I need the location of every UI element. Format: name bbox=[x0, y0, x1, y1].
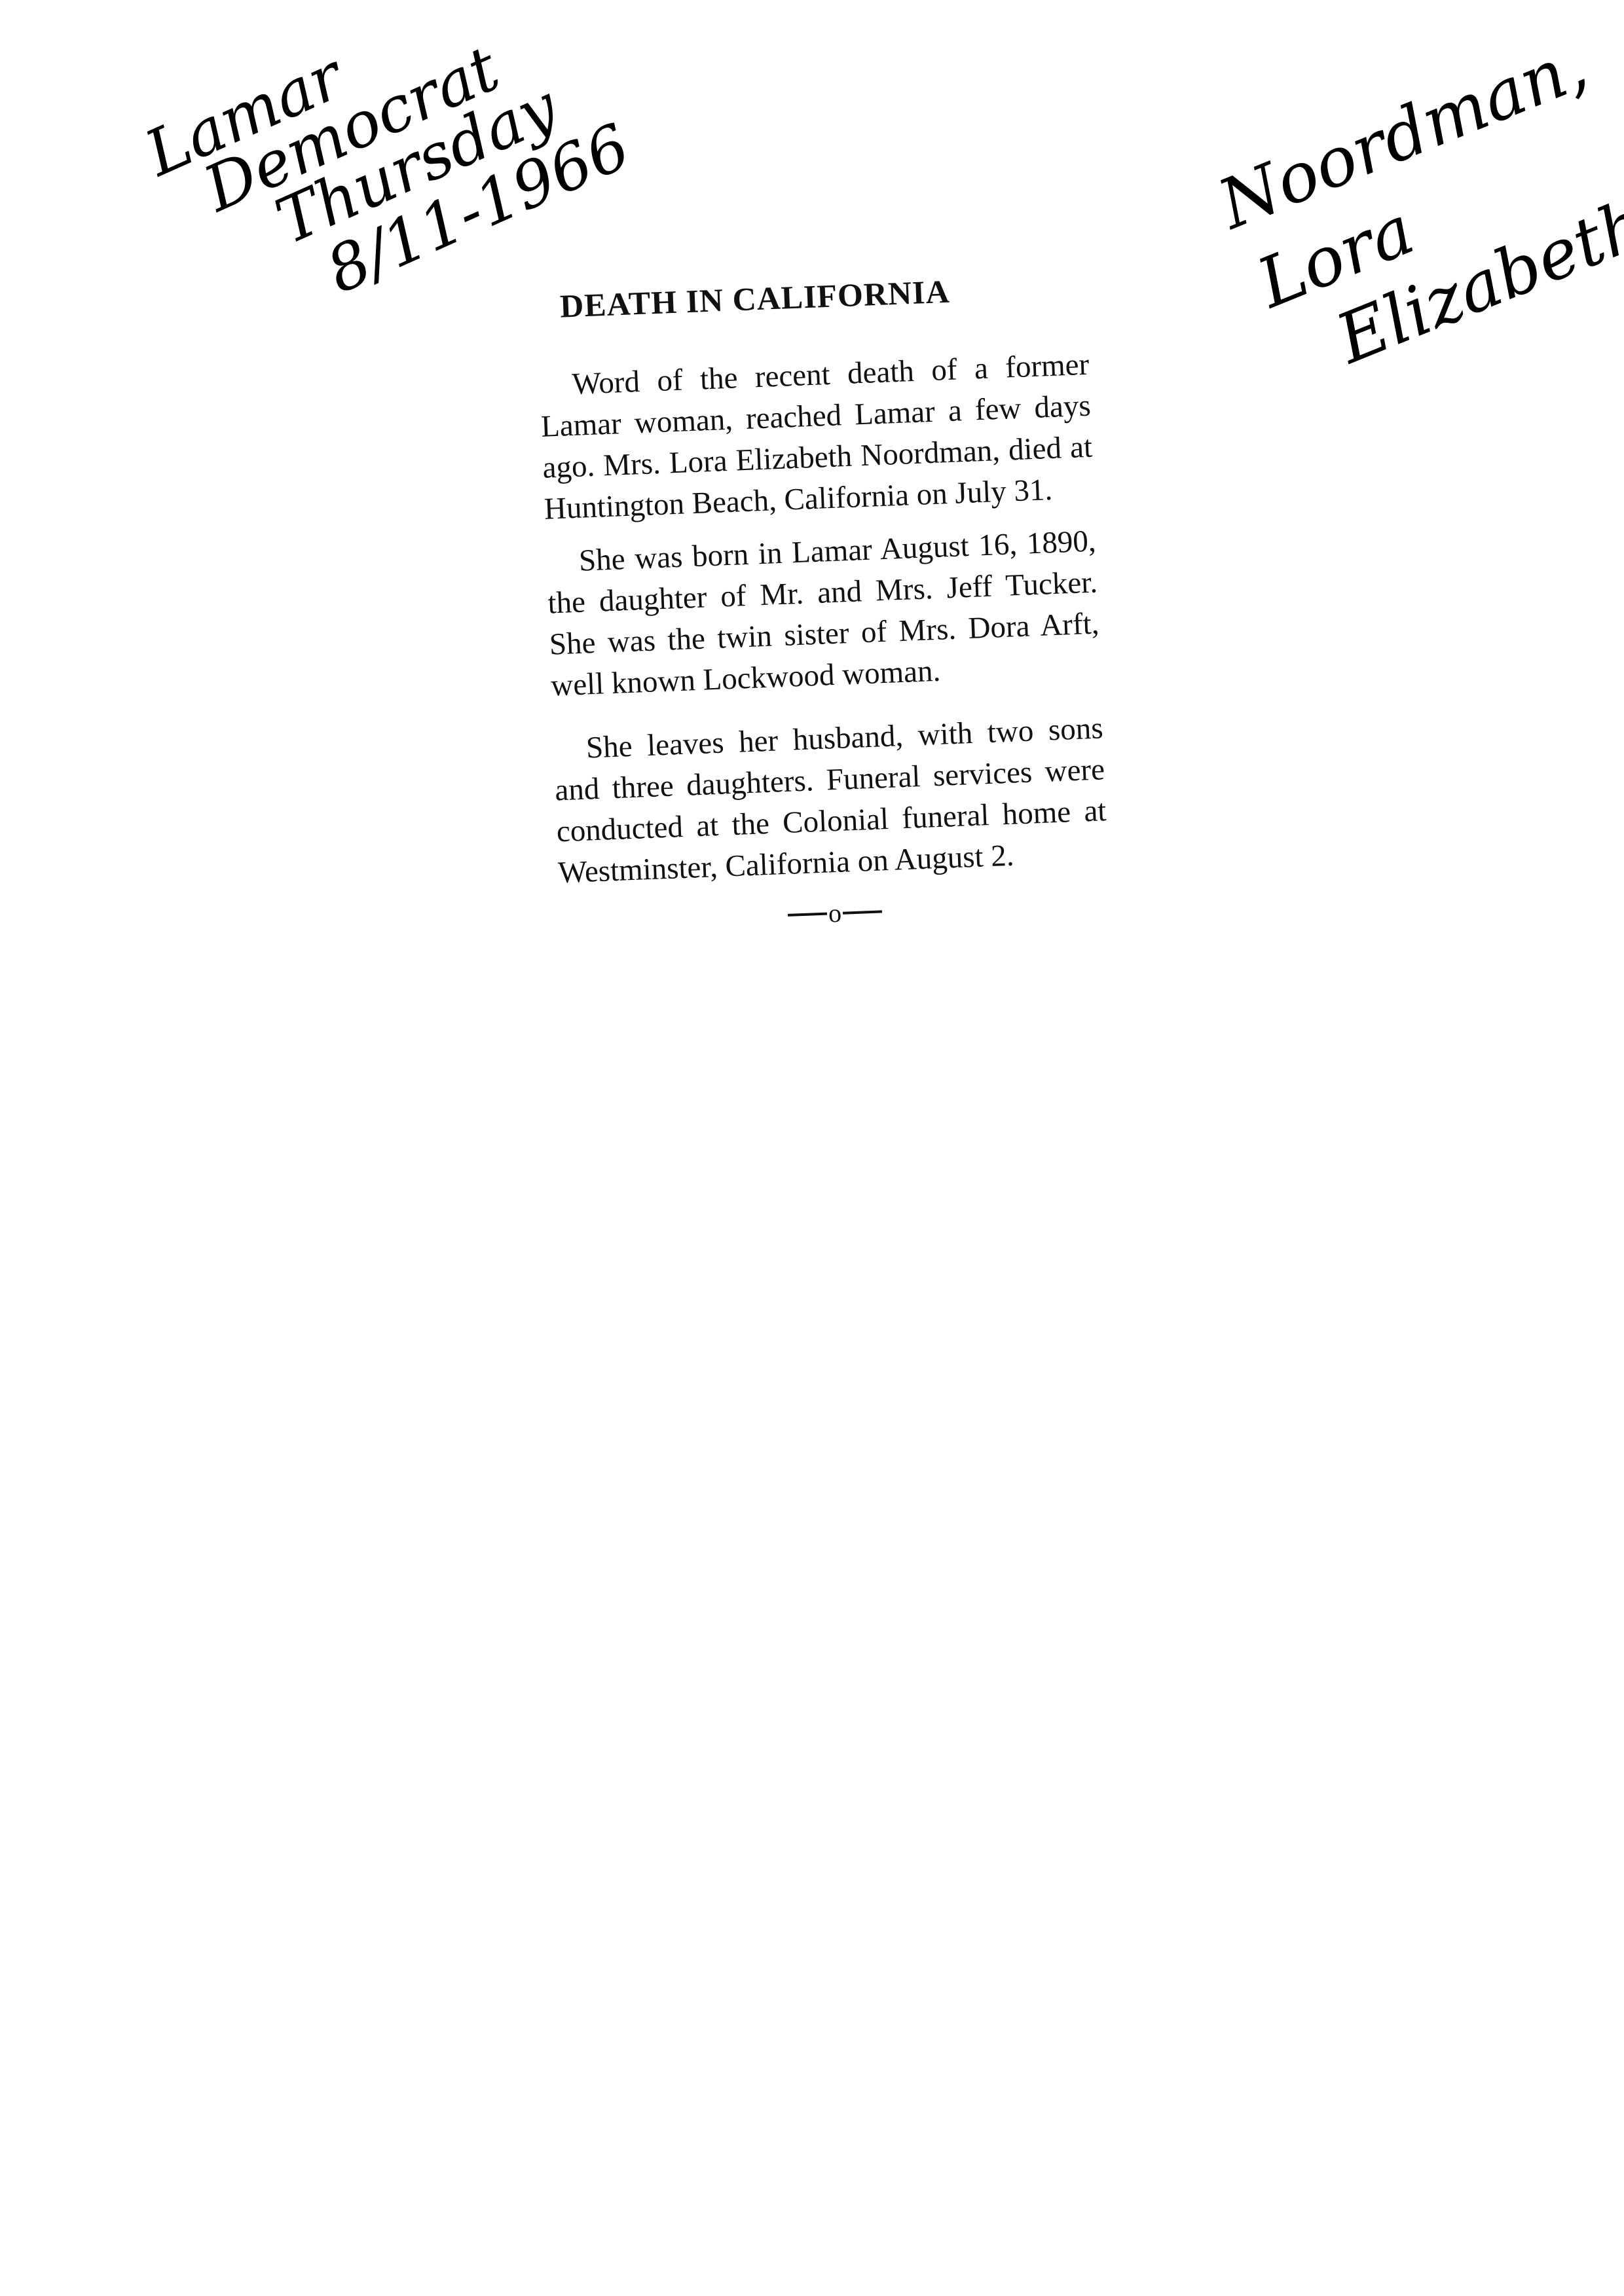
end-of-article-divider: o bbox=[560, 890, 1111, 937]
divider-rule-left bbox=[788, 913, 827, 917]
divider-ornament: o bbox=[828, 900, 842, 927]
article-paragraph: She leaves her husband, with two sons an… bbox=[553, 708, 1109, 894]
divider-rule-right bbox=[843, 910, 882, 914]
handwritten-name-note: Noordman, Lora Elizabeth bbox=[1192, 31, 1624, 403]
article-paragraph: She was born in Lamar August 16, 1890, t… bbox=[545, 520, 1101, 706]
newspaper-clipping: DEATH IN CALIFORNIA Word of the recent d… bbox=[536, 265, 1149, 937]
article-paragraph: Word of the recent death of a former Lam… bbox=[539, 344, 1095, 530]
article-headline: DEATH IN CALIFORNIA bbox=[559, 265, 1126, 325]
